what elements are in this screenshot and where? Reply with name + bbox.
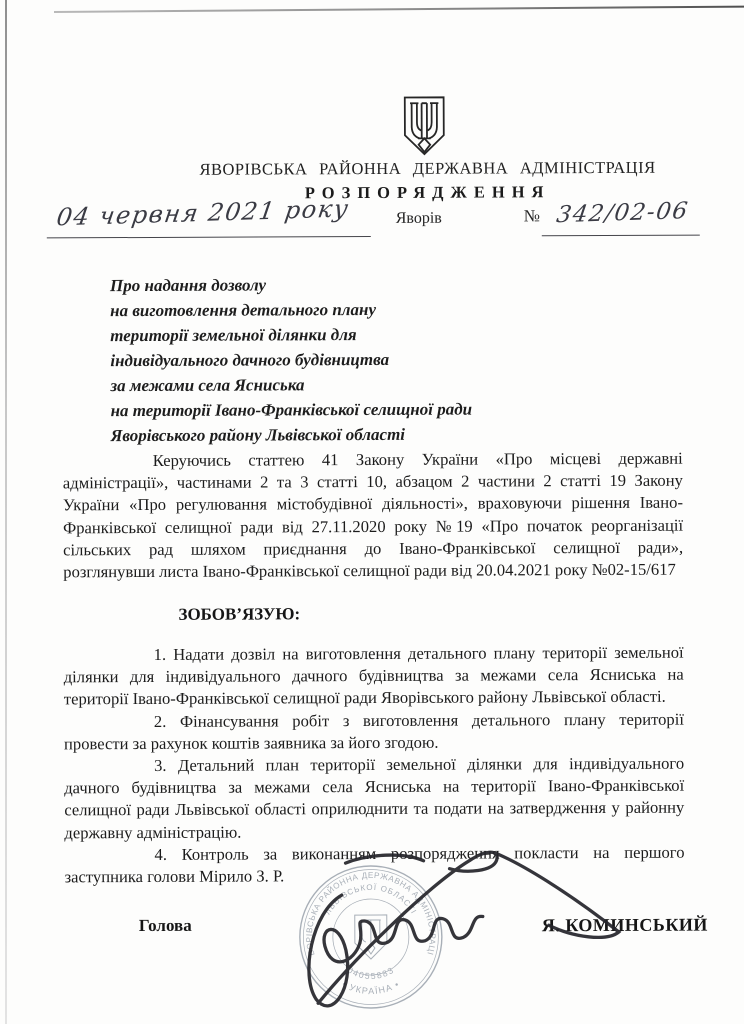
authority-title: ЯВОРІВСЬКА РАЙОННА ДЕРЖАВНА АДМІНІСТРАЦІ… [112,157,742,180]
handwritten-document-number: 342/02-06 [555,198,691,228]
order-item: 1. Надати дозвіл на виготовлення детальн… [64,642,684,711]
handwritten-signature [281,837,642,1024]
subject-line: за межами села Ясниська [110,371,560,398]
subject-block: Про надання дозволу на виготовлення дета… [110,271,561,448]
subject-line: на виготовлення детального плану [110,296,560,323]
subject-line: території земельної ділянки для [110,321,560,348]
order-item: 2. Фінансування робіт з виготовлення дет… [64,708,684,755]
number-sign: № [524,206,540,226]
date-underline [47,236,371,239]
handwritten-date: 04 червня 2021 року [55,194,352,231]
subject-line: Про надання дозволу [110,271,560,298]
subject-line: індивідуального дачного будівництва [110,346,560,373]
order-heading: ЗОБОВ’ЯЗУЮ: [178,604,300,625]
document-content: ЯВОРІВСЬКА РАЙОННА ДЕРЖАВНА АДМІНІСТРАЦІ… [0,0,744,1024]
place-name: Яворів [396,210,442,228]
number-underline [542,235,700,237]
order-item: 3. Детальний план території земельної ді… [64,753,684,845]
signer-position: Голова [139,916,192,936]
scanned-document-page: ЯВОРІВСЬКА РАЙОННА ДЕРЖАВНА АДМІНІСТРАЦІ… [0,0,744,1024]
ukraine-trident-emblem-icon [403,96,445,156]
subject-line: на території Івано-Франківської селищної… [111,396,561,423]
subject-line: Яворівського району Львівської області [111,421,561,448]
preamble-paragraph: Керуючись статтею 41 Закону України «Про… [63,448,684,584]
